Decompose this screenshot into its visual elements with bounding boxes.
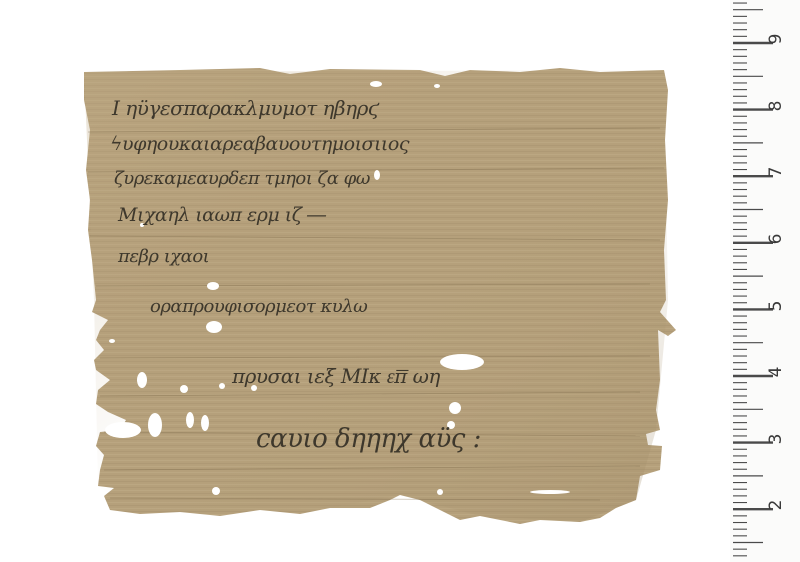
ruler-label-8: 8 [766,96,786,116]
text-line-8: ϲαυιο δηηηχ αϋς : [256,424,481,454]
ruler-label-7: 7 [766,162,786,182]
text-line-3: ζυρεκαμεαυρδεπ τμηοι ζα φω [114,168,370,189]
ruler-label-3: 3 [766,429,786,449]
text-line-5: πεβρ ιχαοι [118,246,209,267]
ruler-label-2: 2 [766,495,786,515]
ruler-label-9: 9 [766,29,786,49]
scale-ruler: 9 8 7 6 5 4 3 2 [730,0,800,562]
text-line-2: ϟυφηουκαιαρεαβαυουτημοισιιος [110,133,409,155]
ruler-label-4: 4 [766,362,786,382]
ruler-label-5: 5 [766,296,786,316]
ruler-ticks [730,0,800,562]
papyrus-fragment [0,0,800,562]
text-line-6: οραπρουφισορμεοτ κυλω [150,296,367,317]
ruler-label-6: 6 [766,229,786,249]
text-line-1: Ι ηϋγεσπαρακλμυμοτ ηβηρϛ [112,96,379,120]
papyrus-photograph: Ι ηϋγεσπαρακλμυμοτ ηβηρϛ ϟυφηουκαιαρεαβα… [0,0,800,562]
text-line-7: πρυσαι ιεξ ΜΙκ ε͞π ωη [232,364,440,389]
text-line-4: Μιχαηλ ιαωπ ερμ ιζ ― [118,204,326,226]
